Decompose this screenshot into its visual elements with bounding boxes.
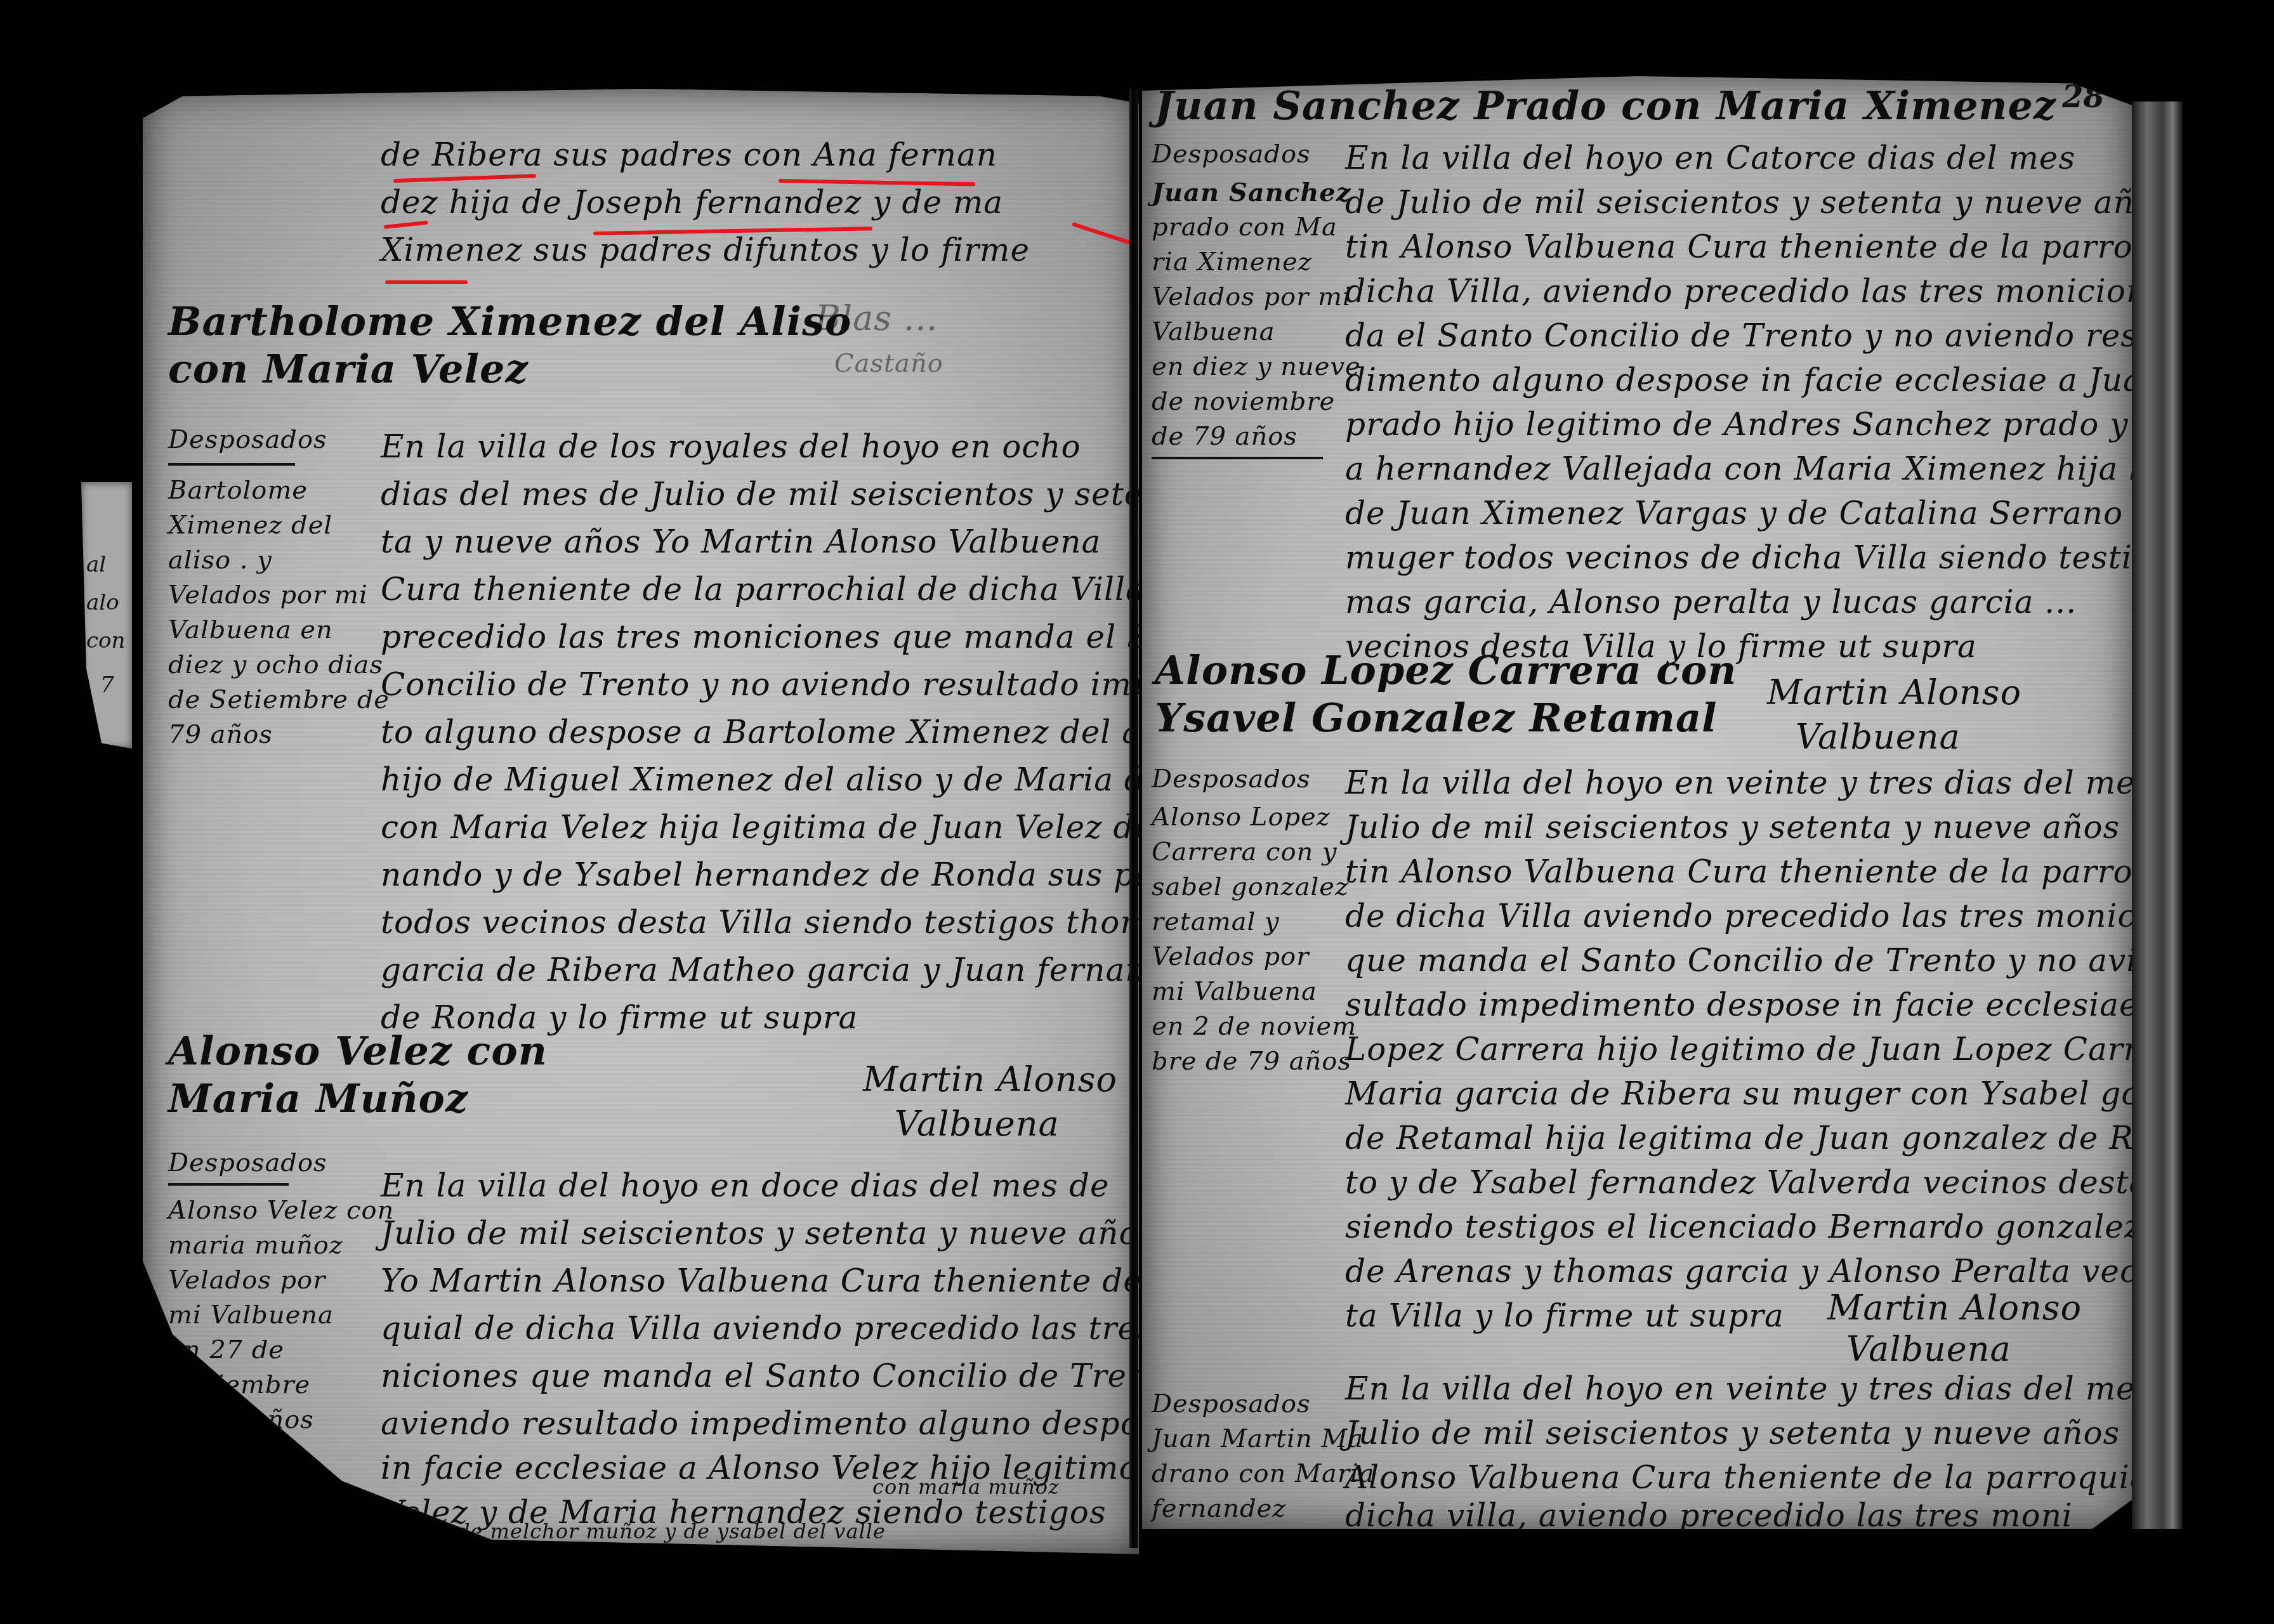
body-line: Alonso Valbuena Cura theniente de la par…: [1345, 1459, 2211, 1496]
body-line: En la villa del hoyo en Catorce dias del…: [1345, 140, 2075, 176]
body-line: muger todos vecinos de dicha Villa siend…: [1345, 539, 2255, 576]
signature: Martin Alonso: [863, 1059, 1117, 1099]
entry-heading: Maria Muñoz: [168, 1075, 468, 1122]
strip-fragment: con: [86, 628, 125, 653]
margin-note-line: noviembre: [168, 1370, 310, 1399]
margin-note-line: de noviembre: [1152, 387, 1335, 416]
margin-note-line: en 27 de: [168, 1335, 284, 1365]
margin-note-line: maria muñoz: [168, 1231, 343, 1260]
body-line: mas garcia, Alonso peralta y lucas garci…: [1345, 584, 2077, 620]
margin-note-line: Valbuena: [1152, 317, 1275, 346]
body-line: de dicha Villa aviendo precedido las tre…: [1345, 898, 2224, 934]
body-line: dicha villa, aviendo precedido las tres …: [1345, 1497, 2073, 1534]
margin-note-line: Alonso Velez con: [168, 1196, 394, 1225]
entry-heading: con Maria Velez: [168, 346, 529, 392]
body-line: quial de dicha Villa aviendo precedido l…: [381, 1310, 1215, 1347]
margin-rule: [168, 463, 295, 466]
red-annotation-underline: [393, 174, 536, 183]
body-line: Maria garcia de Ribera su muger con Ysab…: [1345, 1075, 2247, 1112]
margin-rule: [168, 1450, 289, 1452]
interlinear-note: con maria muñoz: [872, 1475, 1060, 1499]
margin-note-line: bre de 79 años: [1152, 1047, 1351, 1076]
margin-note-line: de 79 años: [168, 1405, 314, 1434]
margin-note-line: Ximenez del: [168, 511, 332, 540]
red-annotation-underline: [384, 221, 428, 229]
body-line: prado hijo legitimo de Andres Sanchez pr…: [1345, 406, 2270, 443]
margin-note-line: retamal y: [1152, 907, 1280, 936]
margin-note-line: Alonso Lopez: [1152, 802, 1331, 832]
margin-note-line: drano con Maria: [1152, 1459, 1375, 1488]
margin-note-line: diez y ocho dias: [168, 650, 383, 679]
book-fore-edge: [2132, 101, 2183, 1529]
margin-note-line: aliso . y: [168, 546, 272, 575]
margin-note-line: mi Valbuena: [168, 1300, 334, 1330]
body-line: precedido las tres moniciones que manda …: [381, 619, 1223, 655]
body-line: con Maria Velez hija legitima de Juan Ve…: [381, 809, 1221, 846]
entry-heading: Alonso Velez con: [168, 1028, 548, 1074]
margin-note-line: Valbuena en: [168, 615, 333, 645]
margin-note-line: 79 años: [168, 720, 273, 749]
body-line: todos vecinos desta Villa siendo testigo…: [381, 904, 1187, 941]
body-line: a hernandez Vallejada con Maria Ximenez …: [1345, 450, 2265, 487]
margin-rule: [168, 1183, 289, 1186]
body-line: En la villa del hoyo en veinte y tres di…: [1345, 764, 2204, 801]
margin-note-line: Velados por: [168, 1266, 325, 1295]
margin-note-line: ria Ximenez: [1152, 247, 1312, 277]
body-line: Concilio de Trento y no aviendo resultad…: [381, 666, 1275, 703]
red-annotation-underline: [385, 280, 468, 284]
body-line: aviendo resultado impedimento alguno des…: [381, 1405, 1176, 1442]
margin-note-line: Desposados: [1152, 764, 1311, 794]
margin-note-line: mi Valbuena: [1152, 977, 1317, 1006]
body-line: ta Villa y lo firme ut supra: [1345, 1297, 1784, 1334]
strip-fragment: alo: [86, 590, 119, 615]
interlinear-note: hija de melchor muñoz y de ysabel del va…: [409, 1519, 886, 1543]
signature: Valbuena: [1796, 717, 1961, 757]
body-line: de Juan Ximenez Vargas y de Catalina Ser…: [1345, 495, 2172, 532]
body-line: hijo de Miguel Ximenez del aliso y de Ma…: [381, 761, 1250, 798]
margin-note-line: fernandez: [1152, 1494, 1286, 1523]
margin-rule: [1152, 457, 1323, 459]
body-line: dias del mes de Julio de mil seiscientos…: [381, 476, 1165, 513]
scan-background: al alo con 7 de Ribera sus padres con An…: [0, 0, 2274, 1624]
margin-note-line: Juan Martin Ma: [1152, 1424, 1364, 1453]
entry-heading: Bartholome Ximenez del Aliso: [168, 298, 851, 344]
body-line: nando y de Ysabel hernandez de Ronda sus…: [381, 856, 1227, 893]
margin-note-line: en diez y nueve: [1152, 352, 1361, 381]
body-line: Julio de mil seiscientos y setenta y nue…: [381, 1215, 1155, 1252]
left-page: de Ribera sus padres con Ana fernan dez …: [143, 89, 1139, 1554]
signature: Castaño: [834, 349, 943, 378]
signature: Martin Alonso: [1767, 672, 2021, 712]
margin-note-line: de 79 años: [1152, 422, 1298, 451]
body-line: En la villa de los royales del hoyo en o…: [381, 428, 1081, 465]
body-line: tin Alonso Valbuena Cura theniente de la…: [1345, 853, 2214, 890]
margin-note-line: Juan Sanchez: [1152, 178, 1351, 207]
continuation-line: Ximenez sus padres difuntos y lo firme: [381, 232, 1030, 268]
body-line: En la villa del hoyo en doce dias del me…: [381, 1167, 1110, 1204]
signature: Martin Alonso: [1827, 1288, 2082, 1328]
margin-note-line: Desposados: [168, 425, 327, 454]
entry-heading: Ysavel Gonzalez Retamal: [1155, 695, 1718, 741]
body-line: que manda el Santo Concilio de Trento y …: [1345, 942, 2264, 979]
body-line: garcia de Ribera Matheo garcia y Juan fe…: [381, 952, 1204, 988]
entry-heading: Juan Sanchez Prado con Maria Ximenez: [1155, 82, 2056, 129]
body-line: Julio de mil seiscientos y setenta y nue…: [1345, 809, 2249, 846]
body-line: tin Alonso Valbuena Cura theniente de la…: [1345, 228, 2264, 265]
signature: Valbuena: [1846, 1329, 2011, 1369]
margin-note-line: Desposados: [168, 1148, 327, 1177]
continuation-line: dez hija de Joseph fernandez y de ma: [381, 184, 1003, 221]
continuation-line: de Ribera sus padres con Ana fernan: [381, 136, 997, 173]
body-line: En la villa del hoyo en veinte y tres di…: [1345, 1370, 2204, 1407]
signature: Valbuena: [895, 1104, 1060, 1144]
margin-note-line: prado con Ma: [1152, 213, 1337, 242]
book-gutter: [1129, 89, 1138, 1548]
margin-note-line: Bartolome: [168, 476, 308, 505]
page-number: 28: [2062, 79, 2105, 115]
margin-note-line: Velados por: [1152, 942, 1309, 971]
margin-note-line: sabel gonzalez: [1152, 872, 1349, 901]
body-line: ta y nueve años Yo Martin Alonso Valbuen…: [381, 523, 1101, 560]
entry-heading: Alonso Lopez Carrera con: [1155, 647, 1737, 693]
margin-note-line: Velados por mi: [168, 580, 368, 610]
margin-note-line: Desposados: [1152, 140, 1311, 169]
strip-fragment: 7: [100, 672, 114, 698]
margin-note-line: Velados por mi: [1152, 282, 1351, 311]
body-line: to alguno despose a Bartolome Ximenez de…: [381, 714, 1200, 750]
margin-note-line: en 2 de noviem: [1152, 1012, 1357, 1041]
margin-note-line: Carrera con y: [1152, 837, 1337, 867]
body-line: to y de Ysabel fernandez Valverda vecino…: [1345, 1164, 2234, 1201]
margin-note-line: de Setiembre de: [168, 685, 390, 714]
right-page: 28 Juan Sanchez Prado con Maria Ximenez …: [1142, 76, 2132, 1529]
strip-fragment: al: [86, 552, 106, 577]
margin-note-line: Desposados: [1152, 1389, 1311, 1418]
torn-binding-strip: al alo con 7: [81, 482, 132, 749]
